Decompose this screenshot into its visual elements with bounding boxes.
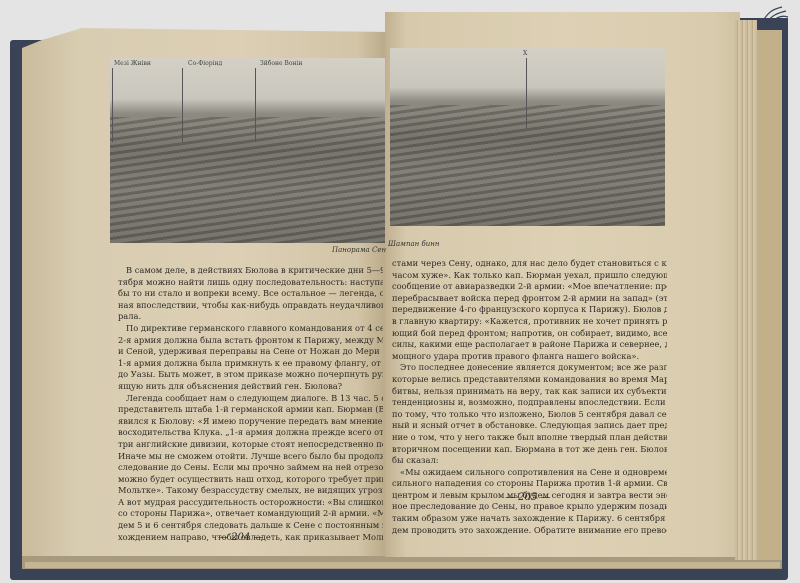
text-line: «Мы ожидаем сильного сопротивления на Се… (392, 467, 667, 479)
text-line: По директиве германского главного команд… (118, 323, 383, 335)
text-line: по тому, что только что изложено, Бюлов … (392, 409, 667, 421)
left-page-body: В самом деле, в действиях Бюлова в крити… (118, 265, 383, 543)
text-line: восходительства Клука. „1-я армия должна… (118, 427, 383, 439)
photo-caption-left: Панорама Сен (332, 246, 386, 254)
text-line: 2-я армия должна была встать фронтом к П… (118, 335, 383, 347)
text-line: Это последнее донесение является докумен… (392, 362, 667, 374)
text-line: до Уазы. Быть может, в этом приказе можн… (118, 369, 383, 381)
text-line: бы то ни стало и вопреки всему. Все оста… (118, 288, 383, 300)
marker-line (182, 68, 183, 142)
text-line: Мольтке». Такому безрассудству смелых, н… (118, 485, 383, 497)
page-number-right: — 205 — (505, 492, 550, 503)
panorama-photo-left: Мезі Жнівн Со-Фіорінд Зйбоне Вонін (110, 58, 385, 243)
text-line: дем проводить это захождение. Обратите в… (392, 525, 667, 537)
text-line: Легенда сообщает нам о следующем диалоге… (118, 393, 383, 405)
marker-line (255, 68, 256, 142)
text-line: представитель штаба 1-й германской армии… (118, 404, 383, 416)
page-block-bottom-edge (25, 562, 780, 568)
text-line: стами через Сену, однако, для нас дело б… (392, 258, 667, 270)
text-line: и Сеной, удерживая переправы на Сене от … (118, 346, 383, 358)
text-line: вторичном посещении кап. Бюрмана в тот ж… (392, 444, 667, 456)
text-line: которые велись представителями командова… (392, 374, 667, 386)
text-line: дем 5 и 6 сентября следовать дальше к Се… (118, 520, 383, 532)
text-line: силы, какими еще располагает в районе Па… (392, 339, 667, 351)
text-line: В самом деле, в действиях Бюлова в крити… (118, 265, 383, 277)
text-line: Иначе мы не сможем отойти. Лучше всего б… (118, 451, 383, 463)
text-line: следование до Сены. Если мы прочно займе… (118, 462, 383, 474)
text-line: три английские дивизии, которые стоят не… (118, 439, 383, 451)
text-line: бы сказал: (392, 455, 667, 467)
text-line: ящую нить для объяснения действий ген. Б… (118, 381, 383, 393)
text-line: таким образом уже начать захождение к Па… (392, 513, 667, 525)
text-line: сообщение от авиаразведки 2-й армии: «Мо… (392, 281, 667, 293)
text-line: ная впоследствии, чтобы как-нибудь оправ… (118, 300, 383, 312)
text-line: 1-я армия должна была примкнуть к ее пра… (118, 358, 383, 370)
text-line: явился к Бюлову: «Я имею поручение перед… (118, 416, 383, 428)
text-line: ние о том, что у него также был вполне т… (392, 432, 667, 444)
text-line: рала. (118, 311, 383, 323)
text-line: со стороны Парижа», отвечает командующий… (118, 508, 383, 520)
photo-landscape (110, 117, 385, 243)
text-line: передвижение 4-го французского корпуса к… (392, 304, 667, 316)
text-line: А вот мудрая рассудительность осторожнос… (118, 497, 383, 509)
page-number-left: — 204 — (218, 532, 263, 543)
page-stack-right (735, 20, 757, 560)
text-line: тенденциозны и, возможно, подправлены вп… (392, 397, 667, 409)
text-line: можно будет осуществить наш отход, котор… (118, 474, 383, 486)
text-line: в главную квартиру: «Кажется, противник … (392, 316, 667, 328)
photo-label: Зйбоне Вонін (260, 60, 302, 67)
photo-caption-right: Шампан бинн (388, 240, 440, 248)
text-line: сильного нападения со стороны Парижа про… (392, 478, 667, 490)
text-line: тября можно найти лишь одну последовател… (118, 277, 383, 289)
text-line: часом хуже». Как только кап. Бюрман уеха… (392, 270, 667, 282)
text-line: мощного удара против правого фланга наше… (392, 351, 667, 363)
photo-label: Х (523, 50, 527, 57)
photo-landscape (390, 105, 665, 226)
text-line: ющий бой перед фронтом; напротив, он соб… (392, 328, 667, 340)
marker-line (526, 58, 527, 129)
photo-label: Мезі Жнівн (114, 60, 151, 67)
text-line: ное преследование до Сены, но правое кры… (392, 501, 667, 513)
text-line: перебрасывает войска перед фронтом 2-й а… (392, 293, 667, 305)
panorama-photo-right: Х (390, 48, 665, 226)
endpaper (757, 30, 782, 560)
marker-line (112, 68, 113, 142)
photo-label: Со-Фіорінд (188, 60, 222, 67)
ribbon-fray-icon (760, 5, 790, 25)
text-line: ный и ясный отчет в обстановке. Следующа… (392, 420, 667, 432)
text-line: битвы, нельзя принимать на веру, так как… (392, 386, 667, 398)
